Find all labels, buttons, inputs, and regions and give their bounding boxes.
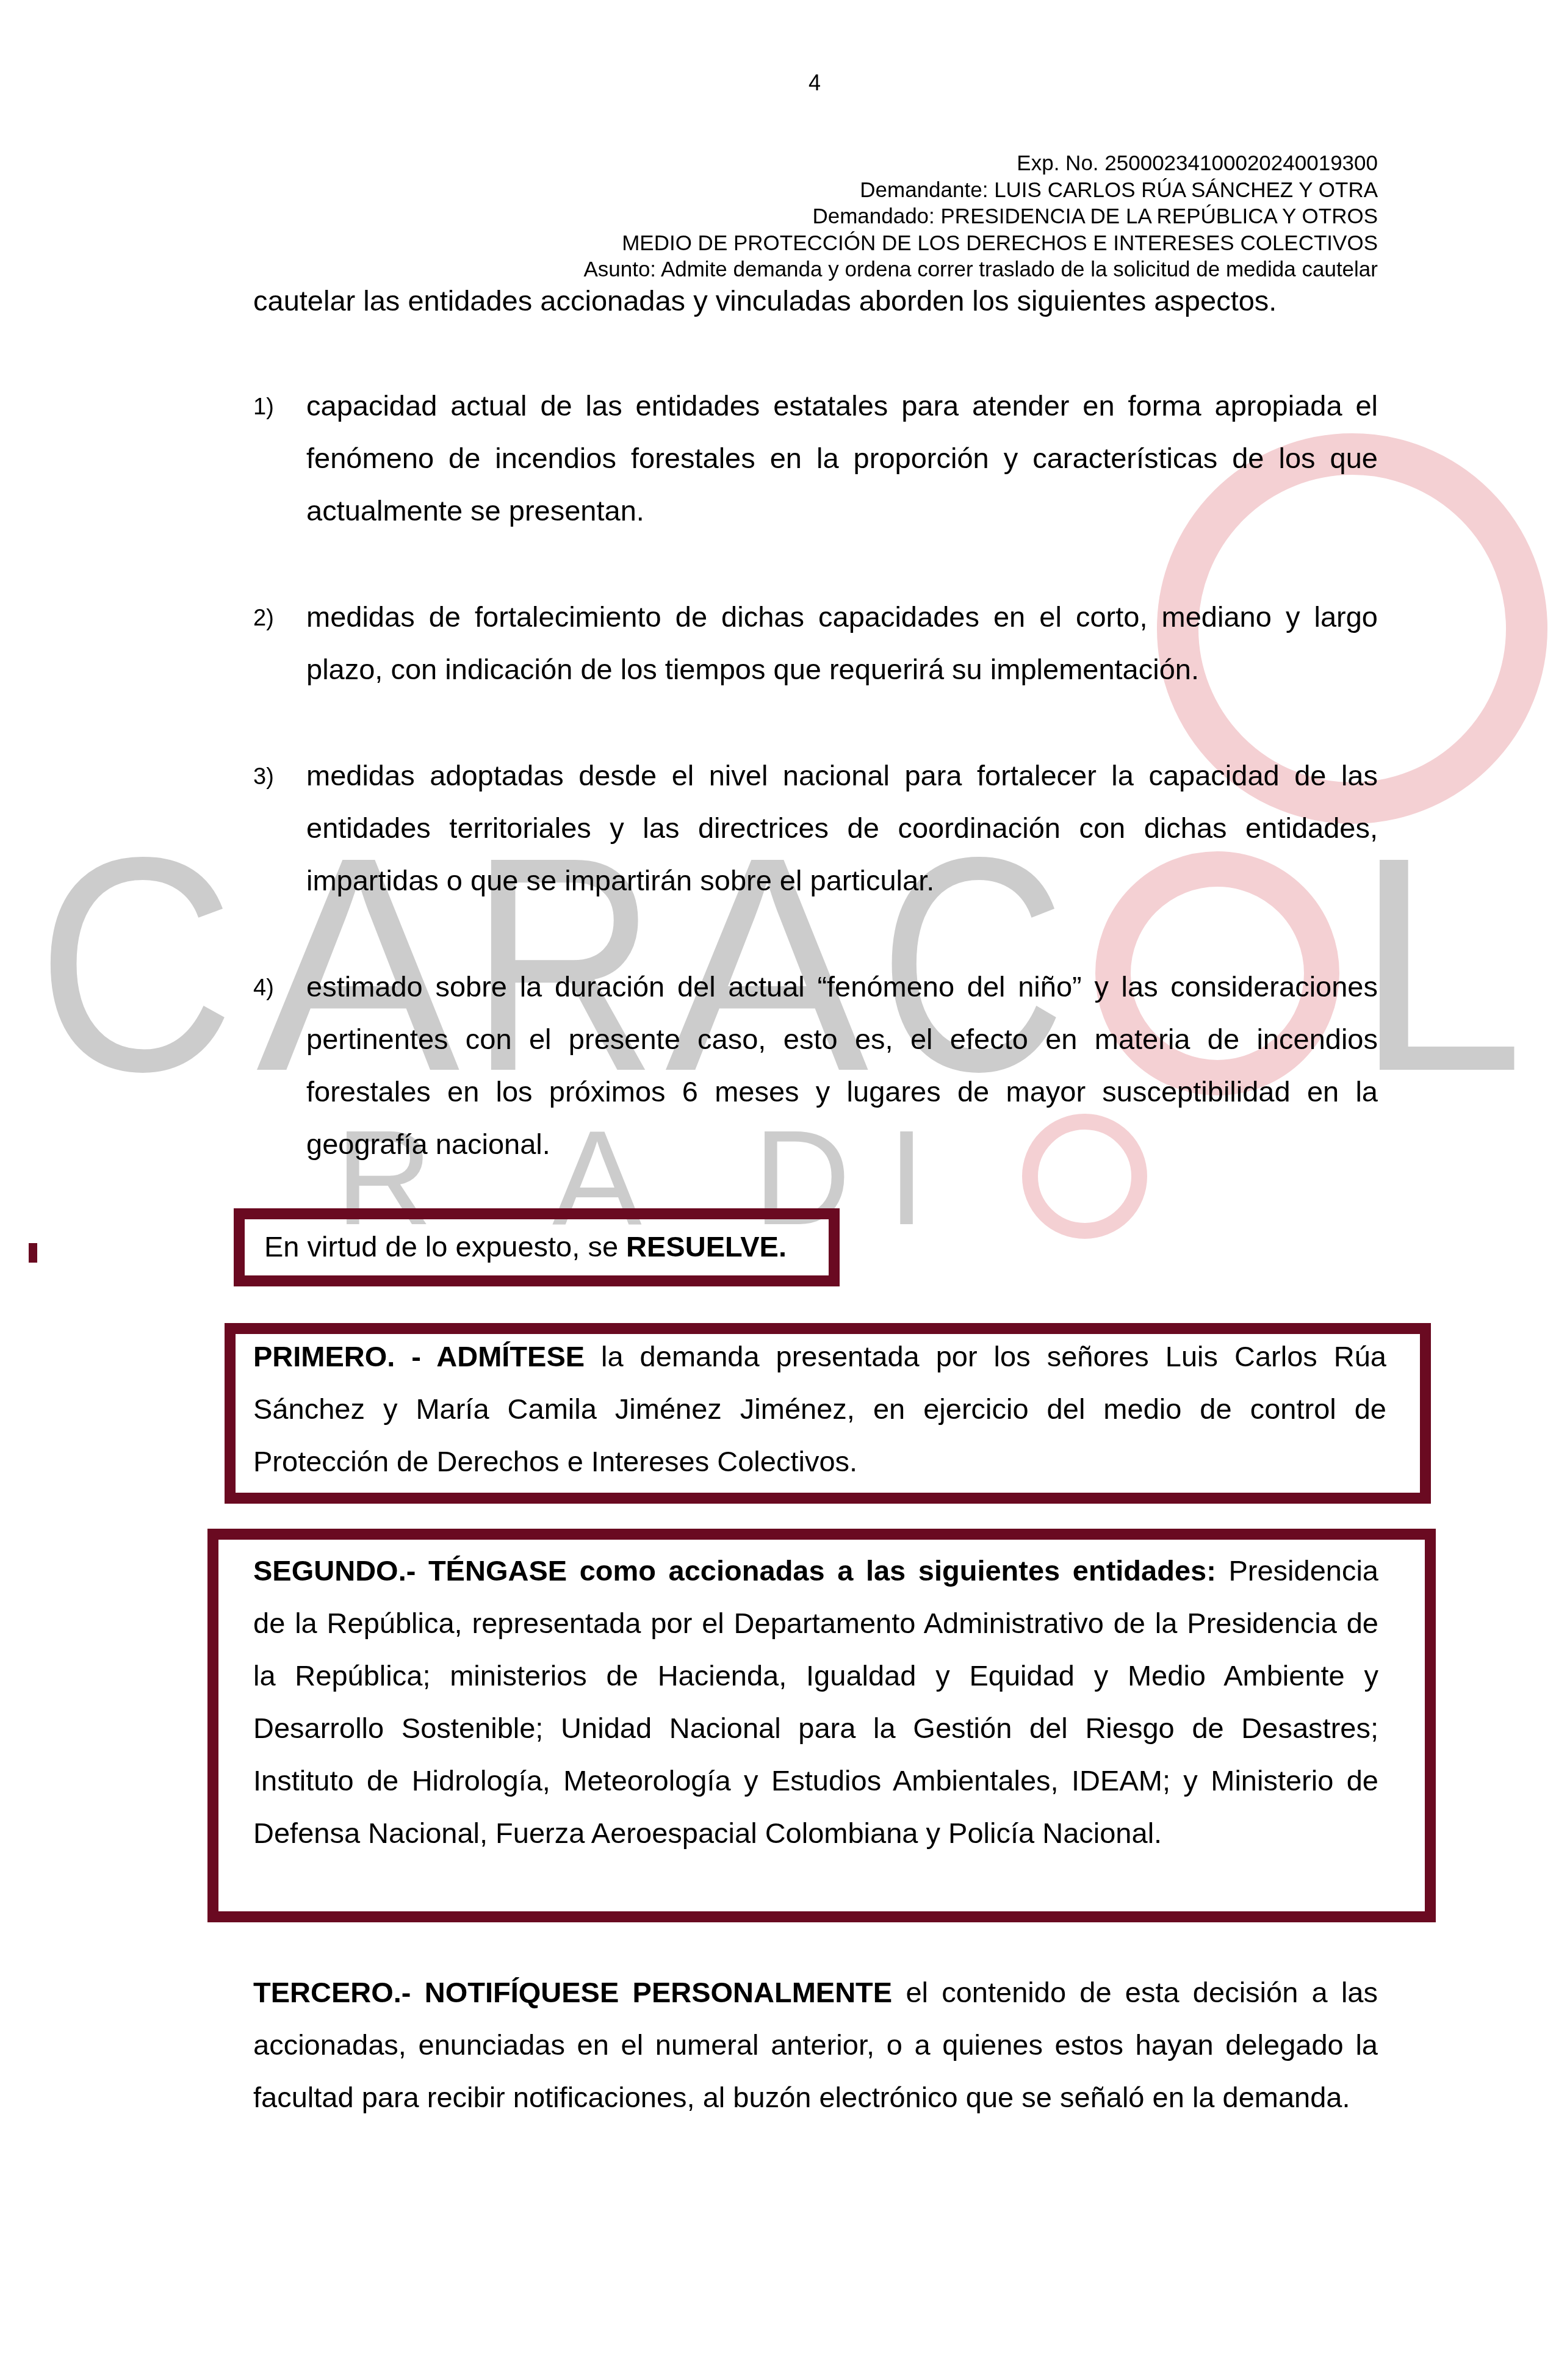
intro-paragraph: cautelar las entidades accionadas y vinc… bbox=[253, 275, 1378, 327]
primero-heading: PRIMERO. - ADMÍTESE bbox=[253, 1340, 585, 1372]
resuelve-text: En virtud de lo expuesto, se RESUELVE. bbox=[264, 1221, 829, 1273]
resuelve-box: En virtud de lo expuesto, se RESUELVE. bbox=[234, 1208, 840, 1286]
header-medio: MEDIO DE PROTECCIÓN DE LOS DERECHOS E IN… bbox=[583, 230, 1378, 257]
list-item-text: medidas adoptadas desde el nivel naciona… bbox=[306, 749, 1378, 907]
list-item: 1) capacidad actual de las entidades est… bbox=[253, 380, 1378, 537]
list-item: 4) estimado sobre la duración del actual… bbox=[253, 961, 1378, 1170]
header-expediente: Exp. No. 25000234100020240019300 bbox=[583, 150, 1378, 177]
list-item-text: medidas de fortalecimiento de dichas cap… bbox=[306, 591, 1378, 696]
segundo-paragraph: SEGUNDO.- TÉNGASE como accionadas a las … bbox=[253, 1545, 1378, 1859]
document-page: 4 Exp. No. 25000234100020240019300 Deman… bbox=[0, 0, 1556, 2380]
header-demandado: Demandado: PRESIDENCIA DE LA REPÚBLICA Y… bbox=[583, 203, 1378, 230]
list-item-number: 4) bbox=[253, 962, 274, 1014]
list-item-text: estimado sobre la duración del actual “f… bbox=[306, 961, 1378, 1170]
list-item-number: 1) bbox=[253, 381, 274, 433]
list-item: 3) medidas adoptadas desde el nivel naci… bbox=[253, 749, 1378, 907]
tercero-heading: TERCERO.- NOTIFÍQUESE PERSONALMENTE bbox=[253, 1976, 892, 2008]
list-item-number: 2) bbox=[253, 592, 274, 644]
primero-box: PRIMERO. - ADMÍTESE la demanda presentad… bbox=[225, 1323, 1431, 1504]
resuelve-keyword: RESUELVE. bbox=[626, 1230, 787, 1263]
list-item-number: 3) bbox=[253, 751, 274, 803]
tercero-paragraph: TERCERO.- NOTIFÍQUESE PERSONALMENTE el c… bbox=[253, 1966, 1378, 2124]
segundo-box: SEGUNDO.- TÉNGASE como accionadas a las … bbox=[207, 1529, 1436, 1922]
margin-mark bbox=[29, 1243, 37, 1263]
list-item-text: capacidad actual de las entidades estata… bbox=[306, 380, 1378, 537]
primero-paragraph: PRIMERO. - ADMÍTESE la demanda presentad… bbox=[253, 1330, 1386, 1488]
header-demandante: Demandante: LUIS CARLOS RÚA SÁNCHEZ Y OT… bbox=[583, 177, 1378, 204]
list-item: 2) medidas de fortalecimiento de dichas … bbox=[253, 591, 1378, 696]
case-header: Exp. No. 25000234100020240019300 Demanda… bbox=[583, 150, 1378, 283]
page-number: 4 bbox=[0, 70, 1556, 96]
segundo-heading: SEGUNDO.- TÉNGASE como accionadas a las … bbox=[253, 1554, 1216, 1587]
